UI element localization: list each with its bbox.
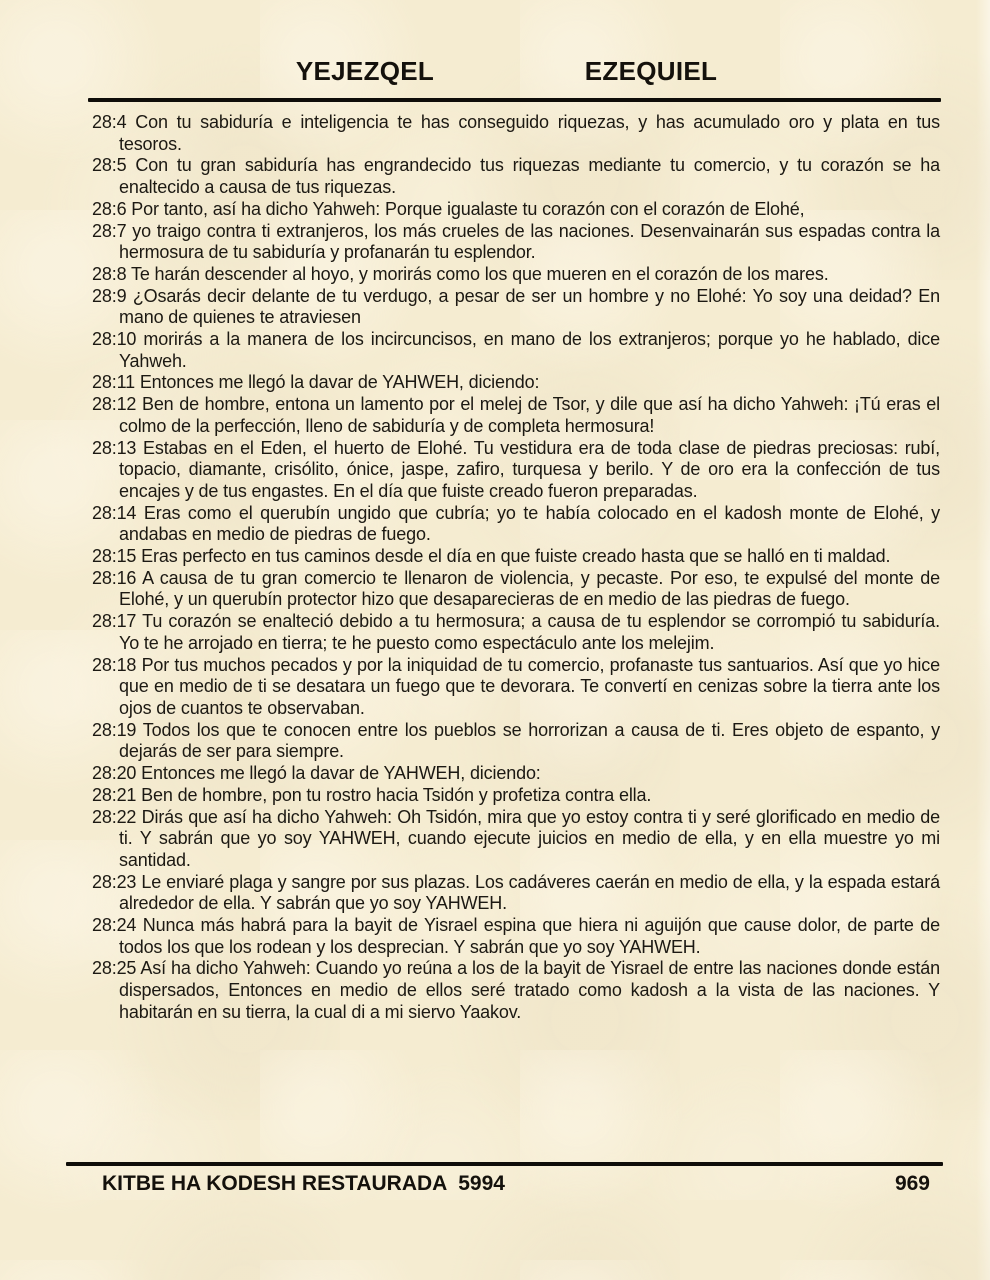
verse-number: 28:16 [92, 568, 136, 588]
verse-body: ¿Osarás decir delante de tu verdugo, a p… [119, 286, 940, 328]
verse: 28:10 morirás a la manera de los incircu… [92, 329, 940, 372]
verse-body: A causa de tu gran comercio te llenaron … [119, 568, 940, 610]
verse-body: Estabas en el Eden, el huerto de Elohé. … [119, 438, 940, 501]
verse-number: 28:14 [92, 503, 136, 523]
verse-number: 28:22 [92, 807, 136, 827]
verse-body: Entonces me llegó la davar de YAHWEH, di… [141, 763, 541, 783]
verse: 28:11 Entonces me llegó la davar de YAHW… [92, 372, 940, 394]
verse: 28:12 Ben de hombre, entona un lamento p… [92, 394, 940, 437]
verse-body: Por tanto, así ha dicho Yahweh: Porque i… [131, 199, 804, 219]
verse-body: yo traigo contra ti extranjeros, los más… [119, 221, 940, 263]
verse: 28:20 Entonces me llegó la davar de YAHW… [92, 763, 940, 785]
verse: 28:21 Ben de hombre, pon tu rostro hacia… [92, 785, 940, 807]
verse-number: 28:24 [92, 915, 136, 935]
verse-body: Te harán descender al hoyo, y morirás co… [131, 264, 829, 284]
verse-number: 28:7 [92, 221, 126, 241]
verse-body: Ben de hombre, pon tu rostro hacia Tsidó… [141, 785, 651, 805]
verse: 28:4 Con tu sabiduría e inteligencia te … [92, 112, 940, 155]
verse-number: 28:4 [92, 112, 126, 132]
verse-body: Eras como el querubín ungido que cubría;… [119, 503, 940, 545]
verse-number: 28:9 [92, 286, 126, 306]
verse: 28:19 Todos los que te conocen entre los… [92, 720, 940, 763]
verse: 28:24 Nunca más habrá para la bayit de Y… [92, 915, 940, 958]
verse-body: Eras perfecto en tus caminos desde el dí… [141, 546, 890, 566]
verse-body: Ben de hombre, entona un lamento por el … [119, 394, 940, 436]
verse-number: 28:25 [92, 958, 136, 978]
verse: 28:9 ¿Osarás decir delante de tu verdugo… [92, 286, 940, 329]
verse: 28:18 Por tus muchos pecados y por la in… [92, 655, 940, 720]
verse-number: 28:21 [92, 785, 136, 805]
verse: 28:8 Te harán descender al hoyo, y morir… [92, 264, 940, 286]
book-title-transliterated: YEJEZQEL [296, 56, 434, 87]
verse-body: Así ha dicho Yahweh: Cuando yo reúna a l… [119, 958, 940, 1021]
verse-number: 28:19 [92, 720, 136, 740]
verse-text-block: 28:4 Con tu sabiduría e inteligencia te … [92, 112, 940, 1024]
verse-number: 28:11 [92, 372, 135, 392]
verse-number: 28:23 [92, 872, 136, 892]
verse: 28:7 yo traigo contra ti extranjeros, lo… [92, 221, 940, 264]
verse-body: Dirás que así ha dicho Yahweh: Oh Tsidón… [119, 807, 940, 870]
verse: 28:25 Así ha dicho Yahweh: Cuando yo reú… [92, 958, 940, 1023]
verse: 28:23 Le enviaré plaga y sangre por sus … [92, 872, 940, 915]
verse-body: Nunca más habrá para la bayit de Yisrael… [119, 915, 940, 957]
verse: 28:17 Tu corazón se enalteció debido a t… [92, 611, 940, 654]
footer-rule [66, 1162, 943, 1166]
header-rule [88, 98, 941, 102]
verse-body: Todos los que te conocen entre los puebl… [119, 720, 940, 762]
verse-body: morirás a la manera de los incircuncisos… [119, 329, 940, 371]
verse-number: 28:15 [92, 546, 136, 566]
verse-number: 28:17 [92, 611, 136, 631]
verse-body: Por tus muchos pecados y por la iniquida… [119, 655, 940, 718]
verse: 28:14 Eras como el querubín ungido que c… [92, 503, 940, 546]
scanned-bible-page: YEJEZQEL EZEQUIEL 28:4 Con tu sabiduría … [0, 0, 990, 1280]
footer-page-number: 969 [895, 1172, 930, 1196]
verse-number: 28:13 [92, 438, 136, 458]
verse-body: Le enviaré plaga y sangre por sus plazas… [119, 872, 940, 914]
verse: 28:13 Estabas en el Eden, el huerto de E… [92, 438, 940, 503]
verse: 28:5 Con tu gran sabiduría has engrandec… [92, 155, 940, 198]
verse-body: Con tu gran sabiduría has engrandecido t… [119, 155, 940, 197]
verse-number: 28:8 [92, 264, 126, 284]
verse: 28:6 Por tanto, así ha dicho Yahweh: Por… [92, 199, 940, 221]
verse-body: Con tu sabiduría e inteligencia te has c… [119, 112, 940, 154]
verse-number: 28:10 [92, 329, 136, 349]
verse: 28:22 Dirás que así ha dicho Yahweh: Oh … [92, 807, 940, 872]
verse-number: 28:12 [92, 394, 136, 414]
verse: 28:15 Eras perfecto en tus caminos desde… [92, 546, 940, 568]
footer-book-label: KITBE HA KODESH RESTAURADA 5994 [102, 1172, 505, 1196]
verse-number: 28:6 [92, 199, 126, 219]
verse-number: 28:18 [92, 655, 136, 675]
verse-body: Entonces me llegó la davar de YAHWEH, di… [140, 372, 540, 392]
book-title-spanish: EZEQUIEL [585, 56, 717, 87]
verse-body: Tu corazón se enalteció debido a tu herm… [119, 611, 940, 653]
verse: 28:16 A causa de tu gran comercio te lle… [92, 568, 940, 611]
verse-number: 28:5 [92, 155, 126, 175]
verse-number: 28:20 [92, 763, 136, 783]
